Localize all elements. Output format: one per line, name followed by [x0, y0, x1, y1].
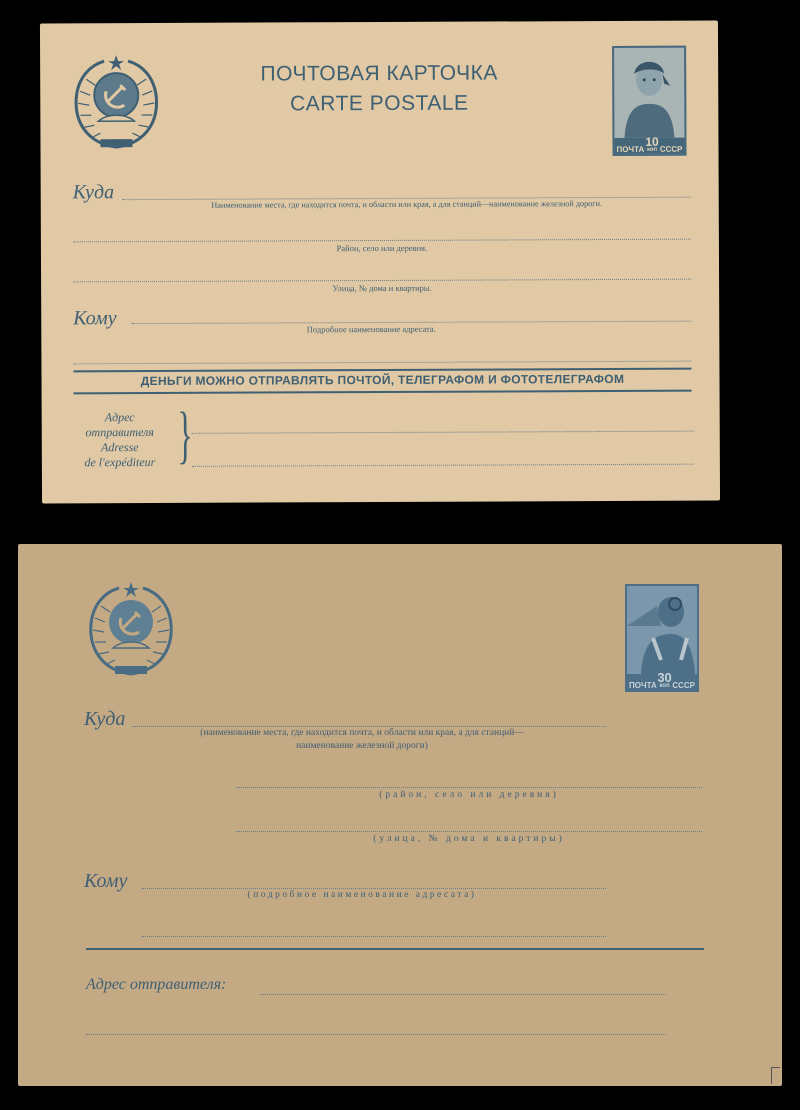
district-hint: Район, село или деревня. [73, 242, 691, 255]
street-hint: Улица, № дома и квартиры. [73, 282, 691, 295]
to-whom-label: Кому [84, 870, 127, 893]
sender-label-line-2: отправителя [68, 425, 172, 440]
stamp-caption: ПОЧТА 10 коп СССР [614, 138, 684, 154]
stamp-left-text: ПОЧТА [616, 145, 644, 154]
sender-line-2[interactable] [86, 1034, 666, 1035]
to-where-hint-line-2: наименование железной дороги) [132, 741, 592, 751]
stamp-unit: коп [647, 146, 657, 154]
district-hint: (район, село или деревня) [236, 790, 702, 800]
stamp-unit: коп [659, 682, 669, 690]
postcard-2: ПОЧТА 30 коп СССР Куда (наименование мес… [18, 544, 782, 1086]
stamp-caption: ПОЧТА 30 коп СССР [627, 674, 697, 690]
sender-label-line-4: de l'expéditeur [68, 455, 172, 470]
postcard-1: ПОЧТОВАЯ КАРТОЧКА CARTE POSTALE ПОЧТА 10… [40, 21, 720, 504]
addressee-line-2[interactable] [73, 361, 691, 365]
sender-label-line-1: Адрес [68, 410, 172, 425]
stamp-portrait-icon [614, 48, 684, 138]
to-where-hint-line-1: (наименование места, где находится почта… [132, 728, 592, 738]
stamp-aviator-icon [627, 586, 697, 674]
stamp-left-text: ПОЧТА [629, 681, 657, 690]
stamp-right-text: СССР [660, 145, 683, 154]
ussr-coat-of-arms-icon [82, 578, 180, 682]
to-where-hint: Наименование места, где находится почта,… [123, 199, 691, 210]
street-hint: (улица, № дома и квартиры) [236, 834, 702, 844]
sender-line-1[interactable] [192, 431, 694, 434]
to-whom-label: Кому [73, 307, 117, 330]
postage-stamp-10-kop: ПОЧТА 10 коп СССР [612, 46, 686, 156]
corner-mark [771, 1067, 780, 1084]
to-whom-hint: (подробное наименование адресата) [142, 890, 582, 900]
street-line[interactable] [236, 831, 702, 832]
postage-stamp-30-kop: ПОЧТА 30 коп СССР [625, 584, 699, 692]
separator-rule [86, 948, 704, 950]
to-where-label: Куда [84, 708, 125, 731]
stamp-right-text: СССР [672, 681, 695, 690]
addressee-line-2[interactable] [142, 936, 606, 937]
sender-label: Адрес отправителя Adresse de l'expéditeu… [68, 410, 172, 470]
stamp-value: 30 [657, 674, 671, 682]
sender-line-1[interactable] [260, 994, 666, 995]
stamp-value: 10 [645, 138, 658, 146]
district-line[interactable] [236, 787, 702, 788]
banner-bottom-rule [74, 390, 692, 395]
money-transfer-banner: ДЕНЬГИ МОЖНО ОТПРАВЛЯТЬ ПОЧТОЙ, ТЕЛЕГРАФ… [73, 372, 691, 389]
sender-label-line-3: Adresse [68, 440, 172, 455]
to-where-line[interactable] [132, 726, 606, 727]
to-whom-line[interactable] [142, 888, 606, 889]
sender-line-2[interactable] [192, 464, 694, 467]
sender-label: Адрес отправителя: [86, 976, 226, 994]
to-whom-hint: Подробное наименование адресата. [131, 323, 611, 335]
to-where-label: Куда [73, 181, 114, 204]
brace-icon: } [177, 403, 193, 467]
